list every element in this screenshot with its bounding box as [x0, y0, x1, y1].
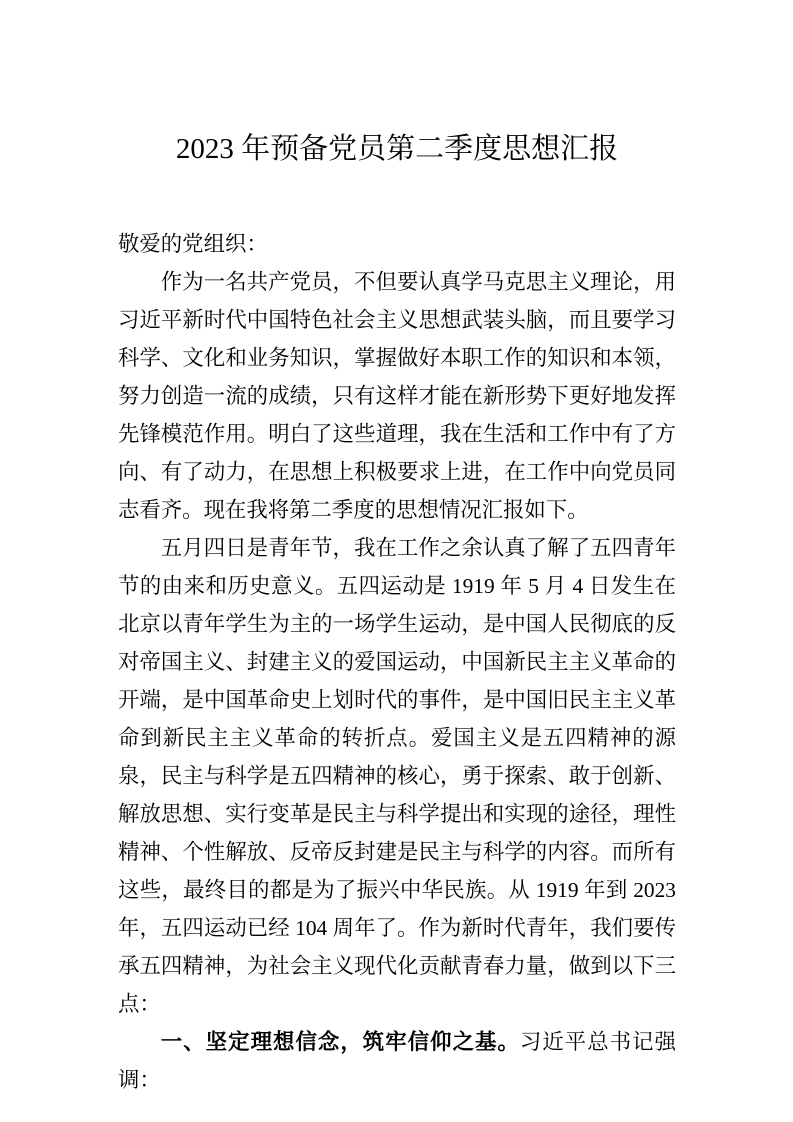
section-heading-bold-text: 一、坚定理想信念，筑牢信仰之基。	[161, 1030, 520, 1054]
document-title: 2023 年预备党员第二季度思想汇报	[118, 130, 676, 168]
paragraph-1: 作为一名共产党员，不但要认真学马克思主义理论，用习近平新时代中国特色社会主义思想…	[118, 263, 676, 529]
salutation-line: 敬爱的党组织：	[118, 225, 676, 263]
document-body: 敬爱的党组织： 作为一名共产党员，不但要认真学马克思主义理论，用习近平新时代中国…	[118, 225, 676, 1099]
document-page: 2023 年预备党员第二季度思想汇报 敬爱的党组织： 作为一名共产党员，不但要认…	[0, 0, 793, 1122]
section-heading-line: 一、坚定理想信念，筑牢信仰之基。习近平总书记强调：	[118, 1023, 676, 1099]
paragraph-2: 五月四日是青年节，我在工作之余认真了解了五四青年节的由来和历史意义。五四运动是 …	[118, 529, 676, 1023]
